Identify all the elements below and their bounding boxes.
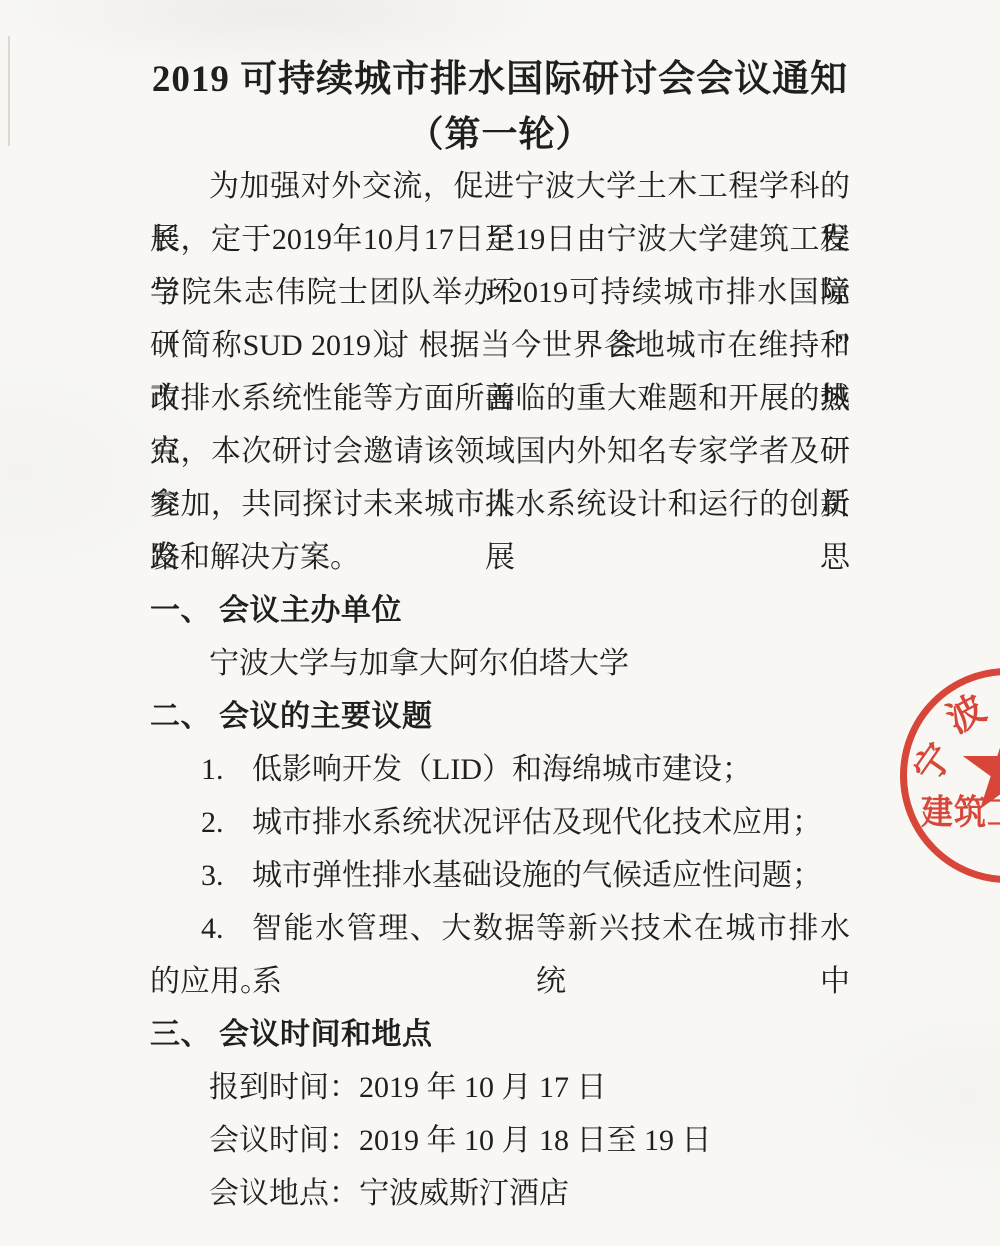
intro-line: 为加强对外交流，促进宁波大学土木工程学科的长足发 (150, 160, 850, 213)
intro-line: 参加，共同探讨未来城市排水系统设计和运行的创新发展思 (150, 478, 850, 531)
intro-line: 学院朱志伟院士团队举办“2019可持续城市排水国际研讨会” (150, 266, 850, 319)
section-heading: 二、 会议的主要议题 (150, 690, 850, 743)
section-heading: 三、 会议时间和地点 (150, 1008, 850, 1061)
intro-line: 究，本次研讨会邀请该领域国内外知名专家学者及研究人员 (150, 425, 850, 478)
document-subtitle: （第一轮） (0, 106, 1000, 162)
list-item: 1.低影响开发（LID）和海绵城市建设； (150, 743, 850, 796)
section-line: 报到时间：2019 年 10 月 17 日 (150, 1061, 850, 1114)
section-line: 宁波大学与加拿大阿尔伯塔大学 (150, 637, 850, 690)
list-item: 4.智能水管理、大数据等新兴技术在城市排水系统中 (150, 902, 850, 955)
intro-line: 市排水系统性能等方面所面临的重大难题和开展的热点研 (150, 372, 850, 425)
section-heading: 一、 会议主办单位 (150, 584, 850, 637)
list-item-text: 城市弹性排水基础设施的气候适应性问题； (252, 849, 850, 902)
intro-line: 展，定于2019年10月17日至19日由宁波大学建筑工程与环境 (150, 213, 850, 266)
list-item-number: 4. (201, 902, 252, 955)
section-line: 会议地点：宁波威斯汀酒店 (150, 1167, 850, 1220)
stamp-bottom-text: 建筑工程与 (921, 785, 1000, 835)
list-item-number: 1. (201, 743, 252, 796)
document-body: 为加强对外交流，促进宁波大学土木工程学科的长足发展，定于2019年10月17日至… (150, 160, 850, 1220)
intro-line: （简称SUD 2019）。根据当今世界各地城市在维持和改善城 (150, 319, 850, 372)
list-item-text: 低影响开发（LID）和海绵城市建设； (252, 743, 850, 796)
list-item-number: 3. (201, 849, 252, 902)
list-item: 3.城市弹性排水基础设施的气候适应性问题； (150, 849, 850, 902)
list-item-text: 智能水管理、大数据等新兴技术在城市排水系统中 (252, 902, 850, 955)
scanned-document-page: 2019 可持续城市排水国际研讨会会议通知 （第一轮） 为加强对外交流，促进宁波… (0, 0, 1000, 1246)
title-block: 2019 可持续城市排水国际研讨会会议通知 （第一轮） (0, 54, 1000, 162)
list-item-number: 2. (201, 796, 252, 849)
list-item-text: 城市排水系统状况评估及现代化技术应用； (252, 796, 850, 849)
official-seal-stamp: ★ 宁 波 建筑工程与 (900, 668, 1000, 883)
list-item: 2.城市排水系统状况评估及现代化技术应用； (150, 796, 850, 849)
section-line: 会议时间：2019 年 10 月 18 日至 19 日 (150, 1114, 850, 1167)
document-title: 2019 可持续城市排水国际研讨会会议通知 (0, 54, 1000, 106)
